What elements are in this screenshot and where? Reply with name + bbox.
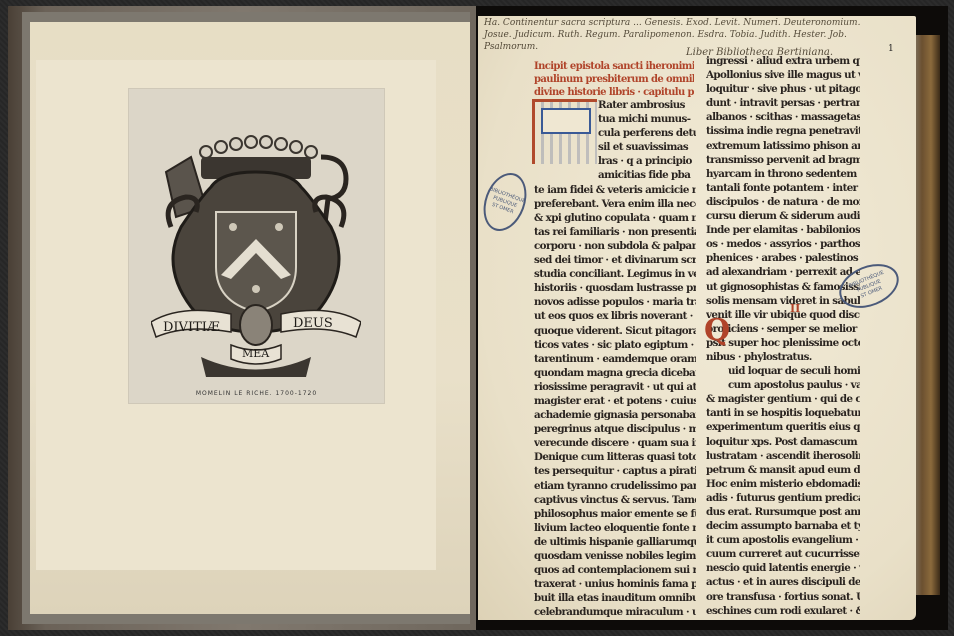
text-line: sil et suavissimas [534, 140, 696, 154]
text-line: lustratam · ascendit iherosolimam ut vid… [706, 449, 860, 463]
text-line: Inde per elamitas · babilonios · chalde- [706, 223, 860, 237]
text-line: celebrandumque miraculum · ut urbem tant… [534, 605, 696, 619]
text-line: ut gignosophistas & famosissimam [706, 280, 860, 294]
text-line: tantali fonte potantem · inter paucos [706, 181, 860, 195]
text-line: decim assumpto barnaba et tyto · exposu- [706, 519, 860, 533]
bookplate: DIVITIÆ DEUS MEA MOMELIN LE RICHE. 1700-… [128, 88, 385, 404]
text-line: tarentinum · eamdemque oram ytalie · que [534, 352, 696, 366]
text-line: dunt · intravit persas · pertransivit ca… [706, 96, 860, 110]
text-line: novos adisse populos · maria transisse · [534, 295, 696, 309]
text-line: livium lacteo eloquentie fonte manantem … [534, 521, 696, 535]
text-line: petrum & mansit apud eum diebus quindeci… [706, 463, 860, 477]
text-line: nibus · phylostratus. [706, 350, 860, 364]
text-line: dus erat. Rursumque post annos quatuor- [706, 505, 860, 519]
text-line: philosophus maior emente se fuit · ad ti… [534, 507, 696, 521]
svg-text:DIVITIÆ: DIVITIÆ [163, 320, 220, 335]
text-line: quos ad contemplacionem sui roma non [534, 563, 696, 577]
chapter-marker: II [790, 302, 800, 315]
text-line: ingressi · aliud extra urbem quererent. [706, 54, 860, 68]
text-line: phenices · arabes · palestinos · reversu… [706, 251, 860, 265]
text-line: riosissime peragravit · ut qui athenis [534, 380, 696, 394]
text-line: traxerat · unius hominis fama perduxit. … [534, 577, 696, 591]
text-line: lras · q a principio [534, 154, 696, 168]
text-line: tanti in se hospitis loquebatur · dicens… [706, 406, 860, 420]
text-line: amicitias fide pba [534, 168, 696, 182]
text-line: Hoc enim misterio ebdomadis et ogdo- [706, 477, 860, 491]
text-line: captivus vinctus & servus. Tamen quia [534, 493, 696, 507]
text-line: uid loquar de seculi hominibus · [706, 364, 860, 378]
rubric-initial-q: Q [704, 316, 730, 346]
text-line: tissima indie regna penetravit · et ad [706, 124, 860, 138]
folio-number: 1 [888, 44, 894, 54]
text-line: tua michi munus- [534, 112, 696, 126]
text-line: Apollonius sive ille magus ut vulgus [706, 68, 860, 82]
text-line: quondam magna grecia dicebatur · labo- [534, 366, 696, 380]
text-line: hyarcam in throno sedentem aureo et de [706, 167, 860, 181]
text-line: adis · futurus gentium predicator instru… [706, 491, 860, 505]
text-line: cum apostolus paulus · vas electionis [706, 378, 860, 392]
text-line: quosdam venisse nobiles legimus · & [534, 549, 696, 563]
text-line: solis mensam videret in sabulo. In- [706, 294, 860, 308]
text-line: actus · et in aures discipuli de auctori… [706, 575, 860, 589]
text-line: te iam fidei & veteris amicicie nova. [534, 183, 696, 197]
text-line: albanos · scithas · massagetas · opulen- [706, 110, 860, 124]
text-line: extremum latissimo phison amne [706, 139, 860, 153]
text-line: peregrinus atque discipulus · malens ali… [534, 422, 696, 436]
text-line: loquitur xps. Post damascum arabiamque [706, 435, 860, 449]
text-line: cursu dierum & siderum audiret docentem. [706, 209, 860, 223]
text-line: os · medos · assyrios · parthos · syros … [706, 237, 860, 251]
text-line: & xpi glutino copulata · quam non utili- [534, 211, 696, 225]
bookplate-caption: MOMELIN LE RICHE. 1700-1720 [129, 390, 384, 397]
text-line: ad alexandriam · perrexit ad ethiopiam · [706, 265, 860, 279]
text-line: studia conciliant. Legimus in veteribus [534, 267, 696, 281]
text-line: experimentum queritis eius qui in me [706, 420, 860, 434]
text-line: ut eos quos ex libris noverant · cora [534, 309, 696, 323]
svg-text:DEUS: DEUS [293, 316, 333, 331]
text-line: Rater ambrosius [534, 98, 696, 112]
text-line: loquitur · sive phus · ut pitagorici tra… [706, 82, 860, 96]
text-line: corporu · non subdola & palpans adulacio… [534, 239, 696, 253]
rubric-heading: Incipit epistola sancti iheronimi ad pau… [534, 60, 694, 99]
text-line: de ultimis hispanie galliarumque finibus… [534, 535, 696, 549]
annotation-line: Josue. Judicum. Ruth. Regum. Paralipomen… [484, 30, 847, 40]
text-line: ticos vates · sic plato egiptum · et arc… [534, 338, 696, 352]
text-line: cula perferens detulit [534, 126, 696, 140]
text-line: preferebant. Vera enim illa necessitudo … [534, 197, 696, 211]
text-line: sed dei timor · et divinarum scripturaru… [534, 253, 696, 267]
text-column-left: Rater ambrosiustua michi munus-cula perf… [534, 98, 696, 619]
annotation-line: Psalmorum. [484, 42, 538, 52]
text-line: ore transfusa · fortius sonat. Unde et [706, 590, 860, 604]
coat-of-arms-icon: DIVITIÆ DEUS MEA [151, 117, 361, 377]
text-line: transmisso pervenit ad bragmanas · ut [706, 153, 860, 167]
text-line: historiis · quosdam lustrasse provincias… [534, 281, 696, 295]
text-line: buit illa etas inauditum omnibus seculis… [534, 591, 696, 605]
text-line: tes persequitur · captus a piratis & ven… [534, 464, 696, 478]
text-line: achademie gignasia personabant · fieret [534, 408, 696, 422]
svg-text:MEA: MEA [242, 347, 270, 360]
text-line: quoque viderent. Sicut pitagoras memphi- [534, 324, 696, 338]
text-line: discipulos · de natura · de moribus · ac… [706, 195, 860, 209]
text-line: tas rei familiaris · non presentia tantu… [534, 225, 696, 239]
text-line: verecunde discere · quam sua inpudenter … [534, 436, 696, 450]
text-line: etiam tyranno crudelissimo paruit · duct… [534, 479, 696, 493]
text-line: nescio quid latentis energie · vive voci… [706, 561, 860, 575]
text-line: cuum curreret aut cucurrisset. Habet [706, 547, 860, 561]
text-line: Denique cum litteras quasi toto orbe fug… [534, 450, 696, 464]
text-line: magister erat · et potens · cuiusque doc… [534, 394, 696, 408]
annotation-line: Ha. Continentur sacra scriptura ... Gene… [484, 18, 860, 28]
text-line: & magister gentium · qui de consciencia [706, 392, 860, 406]
text-line: it cum apostolis evangelium · ne forte i… [706, 533, 860, 547]
text-line: eschines cum rodi exularet · & legeretur [706, 604, 860, 618]
